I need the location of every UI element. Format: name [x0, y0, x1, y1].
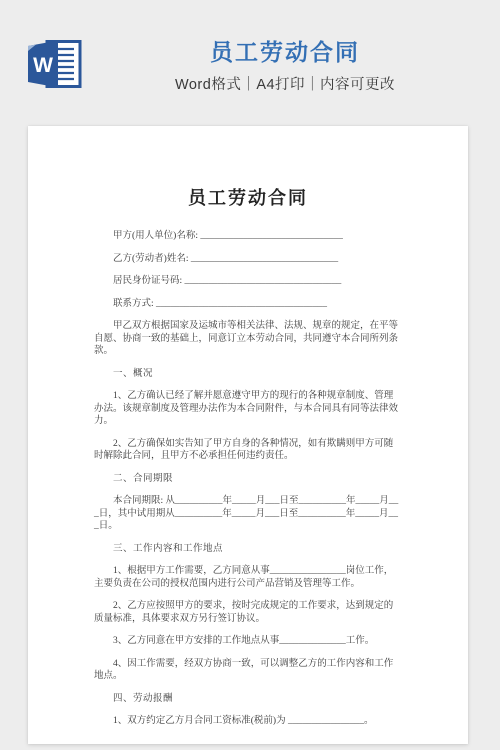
page-subtitle: Word格式｜A4打印｜内容可更改 [82, 73, 488, 94]
paragraph: 3、乙方同意在甲方安排的工作地点从事______________工作。 [94, 635, 402, 648]
document-page: 员工劳动合同 甲方(用人单位)名称: _____________________… [28, 126, 468, 744]
paragraph: 甲乙双方根据国家及运城市等相关法律、法规、规章的规定，在平等自愿、协商一致的基础… [94, 320, 402, 358]
form-line: 甲方(用人单位)名称: ____________________________… [94, 230, 402, 243]
page-title: 员工劳动合同 [82, 34, 488, 67]
paragraph: 1、乙方确认已经了解并愿意遵守甲方的现行的各种规章制度、管理办法。该规章制度及管… [94, 390, 402, 428]
paragraph: 4、因工作需要，经双方协商一致，可以调整乙方的工作内容和工作地点。 [94, 658, 402, 683]
document-title: 员工劳动合同 [94, 184, 402, 210]
paragraph: 2、乙方应按照甲方的要求，按时完成规定的工作要求，达到规定的质量标准，具体要求双… [94, 600, 402, 625]
header-text: 员工劳动合同 Word格式｜A4打印｜内容可更改 [82, 34, 488, 94]
paragraph: 2、乙方确保如实告知了甲方自身的各种情况，如有欺瞒则甲方可随时解除此合同，且甲方… [94, 438, 402, 463]
section-heading: 一、概况 [94, 368, 402, 381]
word-icon: W [28, 39, 82, 89]
page: W 员工劳动合同 Word格式｜A4打印｜内容可更改 员工劳动合同 甲方(用人单… [0, 0, 500, 750]
document-body: 甲方(用人单位)名称: ____________________________… [94, 230, 402, 728]
section-heading: 三、工作内容和工作地点 [94, 543, 402, 556]
paragraph: 1、根据甲方工作需要，乙方同意从事________________岗位工作，主要… [94, 565, 402, 590]
form-line: 居民身份证号码: _______________________________… [94, 275, 402, 288]
section-heading: 二、合同期限 [94, 473, 402, 486]
header: W 员工劳动合同 Word格式｜A4打印｜内容可更改 [0, 0, 500, 90]
word-icon-letter: W [33, 54, 53, 77]
paragraph: 1、双方约定乙方月合同工资标准(税前)为 ________________。 [94, 715, 402, 728]
paragraph: 本合同期限: 从__________年_____月___日至__________… [94, 495, 402, 533]
section-heading: 四、劳动报酬 [94, 693, 402, 706]
form-line: 乙方(劳动者)姓名: _____________________________… [94, 253, 402, 266]
form-line: 联系方式: __________________________________… [94, 298, 402, 311]
